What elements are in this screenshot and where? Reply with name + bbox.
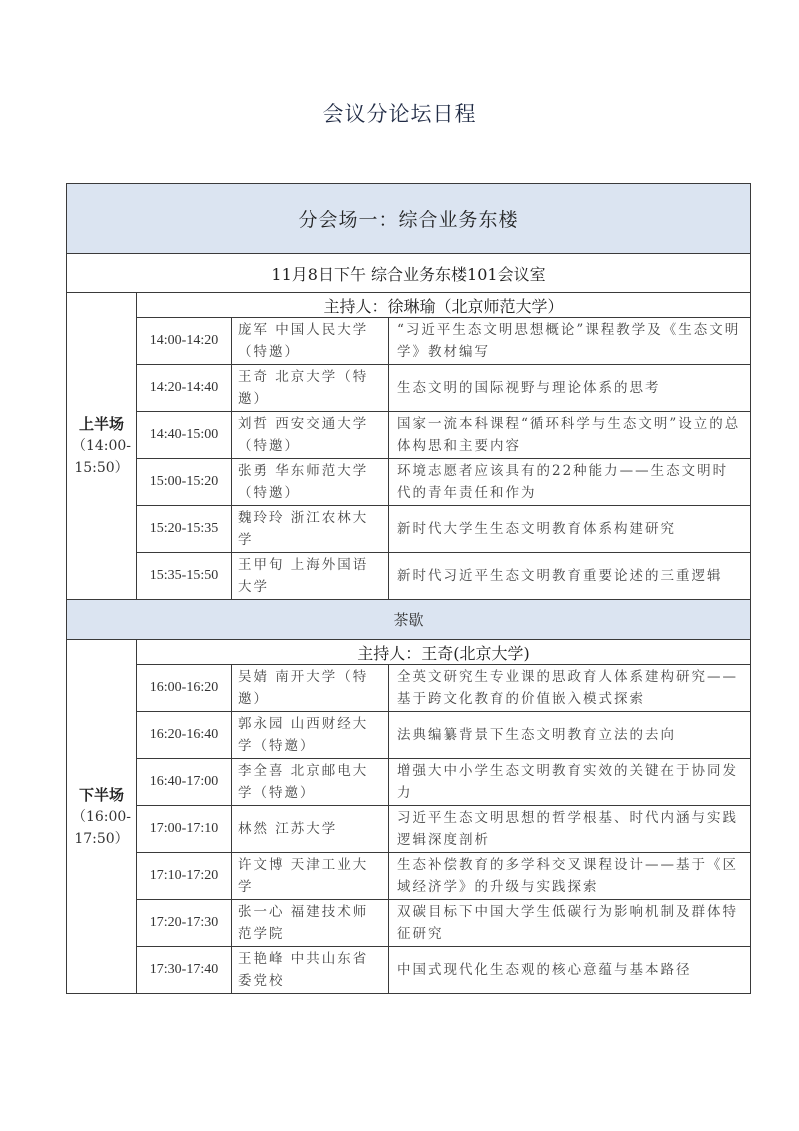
session-host-row: 下半场 （16:00-17:50） 主持人：王奇(北京大学)	[67, 640, 751, 665]
talk-speaker: 郭永园 山西财经大学（特邀）	[232, 712, 389, 759]
talk-speaker: 许文博 天津工业大学	[232, 853, 389, 900]
session-label: 下半场 （16:00-17:50）	[67, 640, 137, 994]
table-row: 14:00-14:20 庞军 中国人民大学（特邀） “习近平生态文明思想概论”课…	[67, 318, 751, 365]
talk-time: 14:20-14:40	[137, 365, 232, 412]
talk-topic: 增强大中小学生态文明教育实效的关键在于协同发力	[389, 759, 751, 806]
talk-speaker: 张一心 福建技术师范学院	[232, 900, 389, 947]
talk-topic: 中国式现代化生态观的核心意蕴与基本路径	[389, 947, 751, 994]
table-row: 17:00-17:10 林然 江苏大学 习近平生态文明思想的哲学根基、时代内涵与…	[67, 806, 751, 853]
talk-speaker: 林然 江苏大学	[232, 806, 389, 853]
date-location-row: 11月8日下午 综合业务东楼101会议室	[67, 254, 751, 293]
talk-time: 14:40-15:00	[137, 412, 232, 459]
talk-topic: 新时代大学生生态文明教育体系构建研究	[389, 506, 751, 553]
talk-topic: 新时代习近平生态文明教育重要论述的三重逻辑	[389, 553, 751, 600]
talk-speaker: 魏玲玲 浙江农林大学	[232, 506, 389, 553]
talk-topic: 生态补偿教育的多学科交叉课程设计——基于《区域经济学》的升级与实践探索	[389, 853, 751, 900]
talk-topic: 法典编纂背景下生态文明教育立法的去向	[389, 712, 751, 759]
table-row: 14:40-15:00 刘哲 西安交通大学（特邀） 国家一流本科课程“循环科学与…	[67, 412, 751, 459]
talk-speaker: 吴婧 南开大学（特邀）	[232, 665, 389, 712]
talk-time: 17:00-17:10	[137, 806, 232, 853]
table-row: 17:20-17:30 张一心 福建技术师范学院 双碳目标下中国大学生低碳行为影…	[67, 900, 751, 947]
talk-speaker: 李全喜 北京邮电大学（特邀）	[232, 759, 389, 806]
table-row: 17:10-17:20 许文博 天津工业大学 生态补偿教育的多学科交叉课程设计—…	[67, 853, 751, 900]
table-row: 16:00-16:20 吴婧 南开大学（特邀） 全英文研究生专业课的思政育人体系…	[67, 665, 751, 712]
session-label: 上半场 （14:00-15:50）	[67, 293, 137, 600]
table-row: 15:00-15:20 张勇 华东师范大学（特邀） 环境志愿者应该具有的22种能…	[67, 459, 751, 506]
session-time-range: （16:00-17:50）	[72, 809, 131, 847]
talk-time: 17:10-17:20	[137, 853, 232, 900]
session-host: 主持人：徐琳瑜（北京师范大学）	[137, 293, 751, 318]
talk-time: 14:00-14:20	[137, 318, 232, 365]
table-row: 15:20-15:35 魏玲玲 浙江农林大学 新时代大学生生态文明教育体系构建研…	[67, 506, 751, 553]
session-host: 主持人：王奇(北京大学)	[137, 640, 751, 665]
talk-speaker: 王艳峰 中共山东省委党校	[232, 947, 389, 994]
session-name: 下半场	[67, 784, 136, 806]
session-time-range: （14:00-15:50）	[72, 438, 131, 476]
talk-time: 16:20-16:40	[137, 712, 232, 759]
talk-time: 15:35-15:50	[137, 553, 232, 600]
table-row: 15:35-15:50 王甲旬 上海外国语大学 新时代习近平生态文明教育重要论述…	[67, 553, 751, 600]
tea-break: 茶歇	[67, 600, 751, 640]
session-host-row: 上半场 （14:00-15:50） 主持人：徐琳瑜（北京师范大学）	[67, 293, 751, 318]
talk-speaker: 庞军 中国人民大学（特邀）	[232, 318, 389, 365]
table-row: 16:20-16:40 郭永园 山西财经大学（特邀） 法典编纂背景下生态文明教育…	[67, 712, 751, 759]
talk-topic: 全英文研究生专业课的思政育人体系建构研究——基于跨文化教育的价值嵌入模式探索	[389, 665, 751, 712]
talk-time: 17:20-17:30	[137, 900, 232, 947]
page-title: 会议分论坛日程	[0, 98, 799, 128]
table-row: 14:20-14:40 王奇 北京大学（特邀） 生态文明的国际视野与理论体系的思…	[67, 365, 751, 412]
talk-time: 15:00-15:20	[137, 459, 232, 506]
talk-topic: 习近平生态文明思想的哲学根基、时代内涵与实践逻辑深度剖析	[389, 806, 751, 853]
break-row: 茶歇	[67, 600, 751, 640]
date-location: 11月8日下午 综合业务东楼101会议室	[67, 254, 751, 293]
talk-time: 16:40-17:00	[137, 759, 232, 806]
talk-time: 17:30-17:40	[137, 947, 232, 994]
talk-topic: 生态文明的国际视野与理论体系的思考	[389, 365, 751, 412]
talk-topic: 双碳目标下中国大学生低碳行为影响机制及群体特征研究	[389, 900, 751, 947]
session-name: 上半场	[67, 413, 136, 435]
table-row: 16:40-17:00 李全喜 北京邮电大学（特邀） 增强大中小学生态文明教育实…	[67, 759, 751, 806]
venue-header-row: 分会场一：综合业务东楼	[67, 184, 751, 254]
talk-topic: “习近平生态文明思想概论”课程教学及《生态文明学》教材编写	[389, 318, 751, 365]
talk-time: 15:20-15:35	[137, 506, 232, 553]
venue-title: 分会场一：综合业务东楼	[67, 184, 751, 254]
schedule-table: 分会场一：综合业务东楼 11月8日下午 综合业务东楼101会议室 上半场 （14…	[66, 183, 751, 994]
table-row: 17:30-17:40 王艳峰 中共山东省委党校 中国式现代化生态观的核心意蕴与…	[67, 947, 751, 994]
talk-speaker: 刘哲 西安交通大学（特邀）	[232, 412, 389, 459]
talk-topic: 国家一流本科课程“循环科学与生态文明”设立的总体构思和主要内容	[389, 412, 751, 459]
talk-speaker: 王甲旬 上海外国语大学	[232, 553, 389, 600]
talk-speaker: 张勇 华东师范大学（特邀）	[232, 459, 389, 506]
talk-speaker: 王奇 北京大学（特邀）	[232, 365, 389, 412]
talk-topic: 环境志愿者应该具有的22种能力——生态文明时代的青年责任和作为	[389, 459, 751, 506]
talk-time: 16:00-16:20	[137, 665, 232, 712]
